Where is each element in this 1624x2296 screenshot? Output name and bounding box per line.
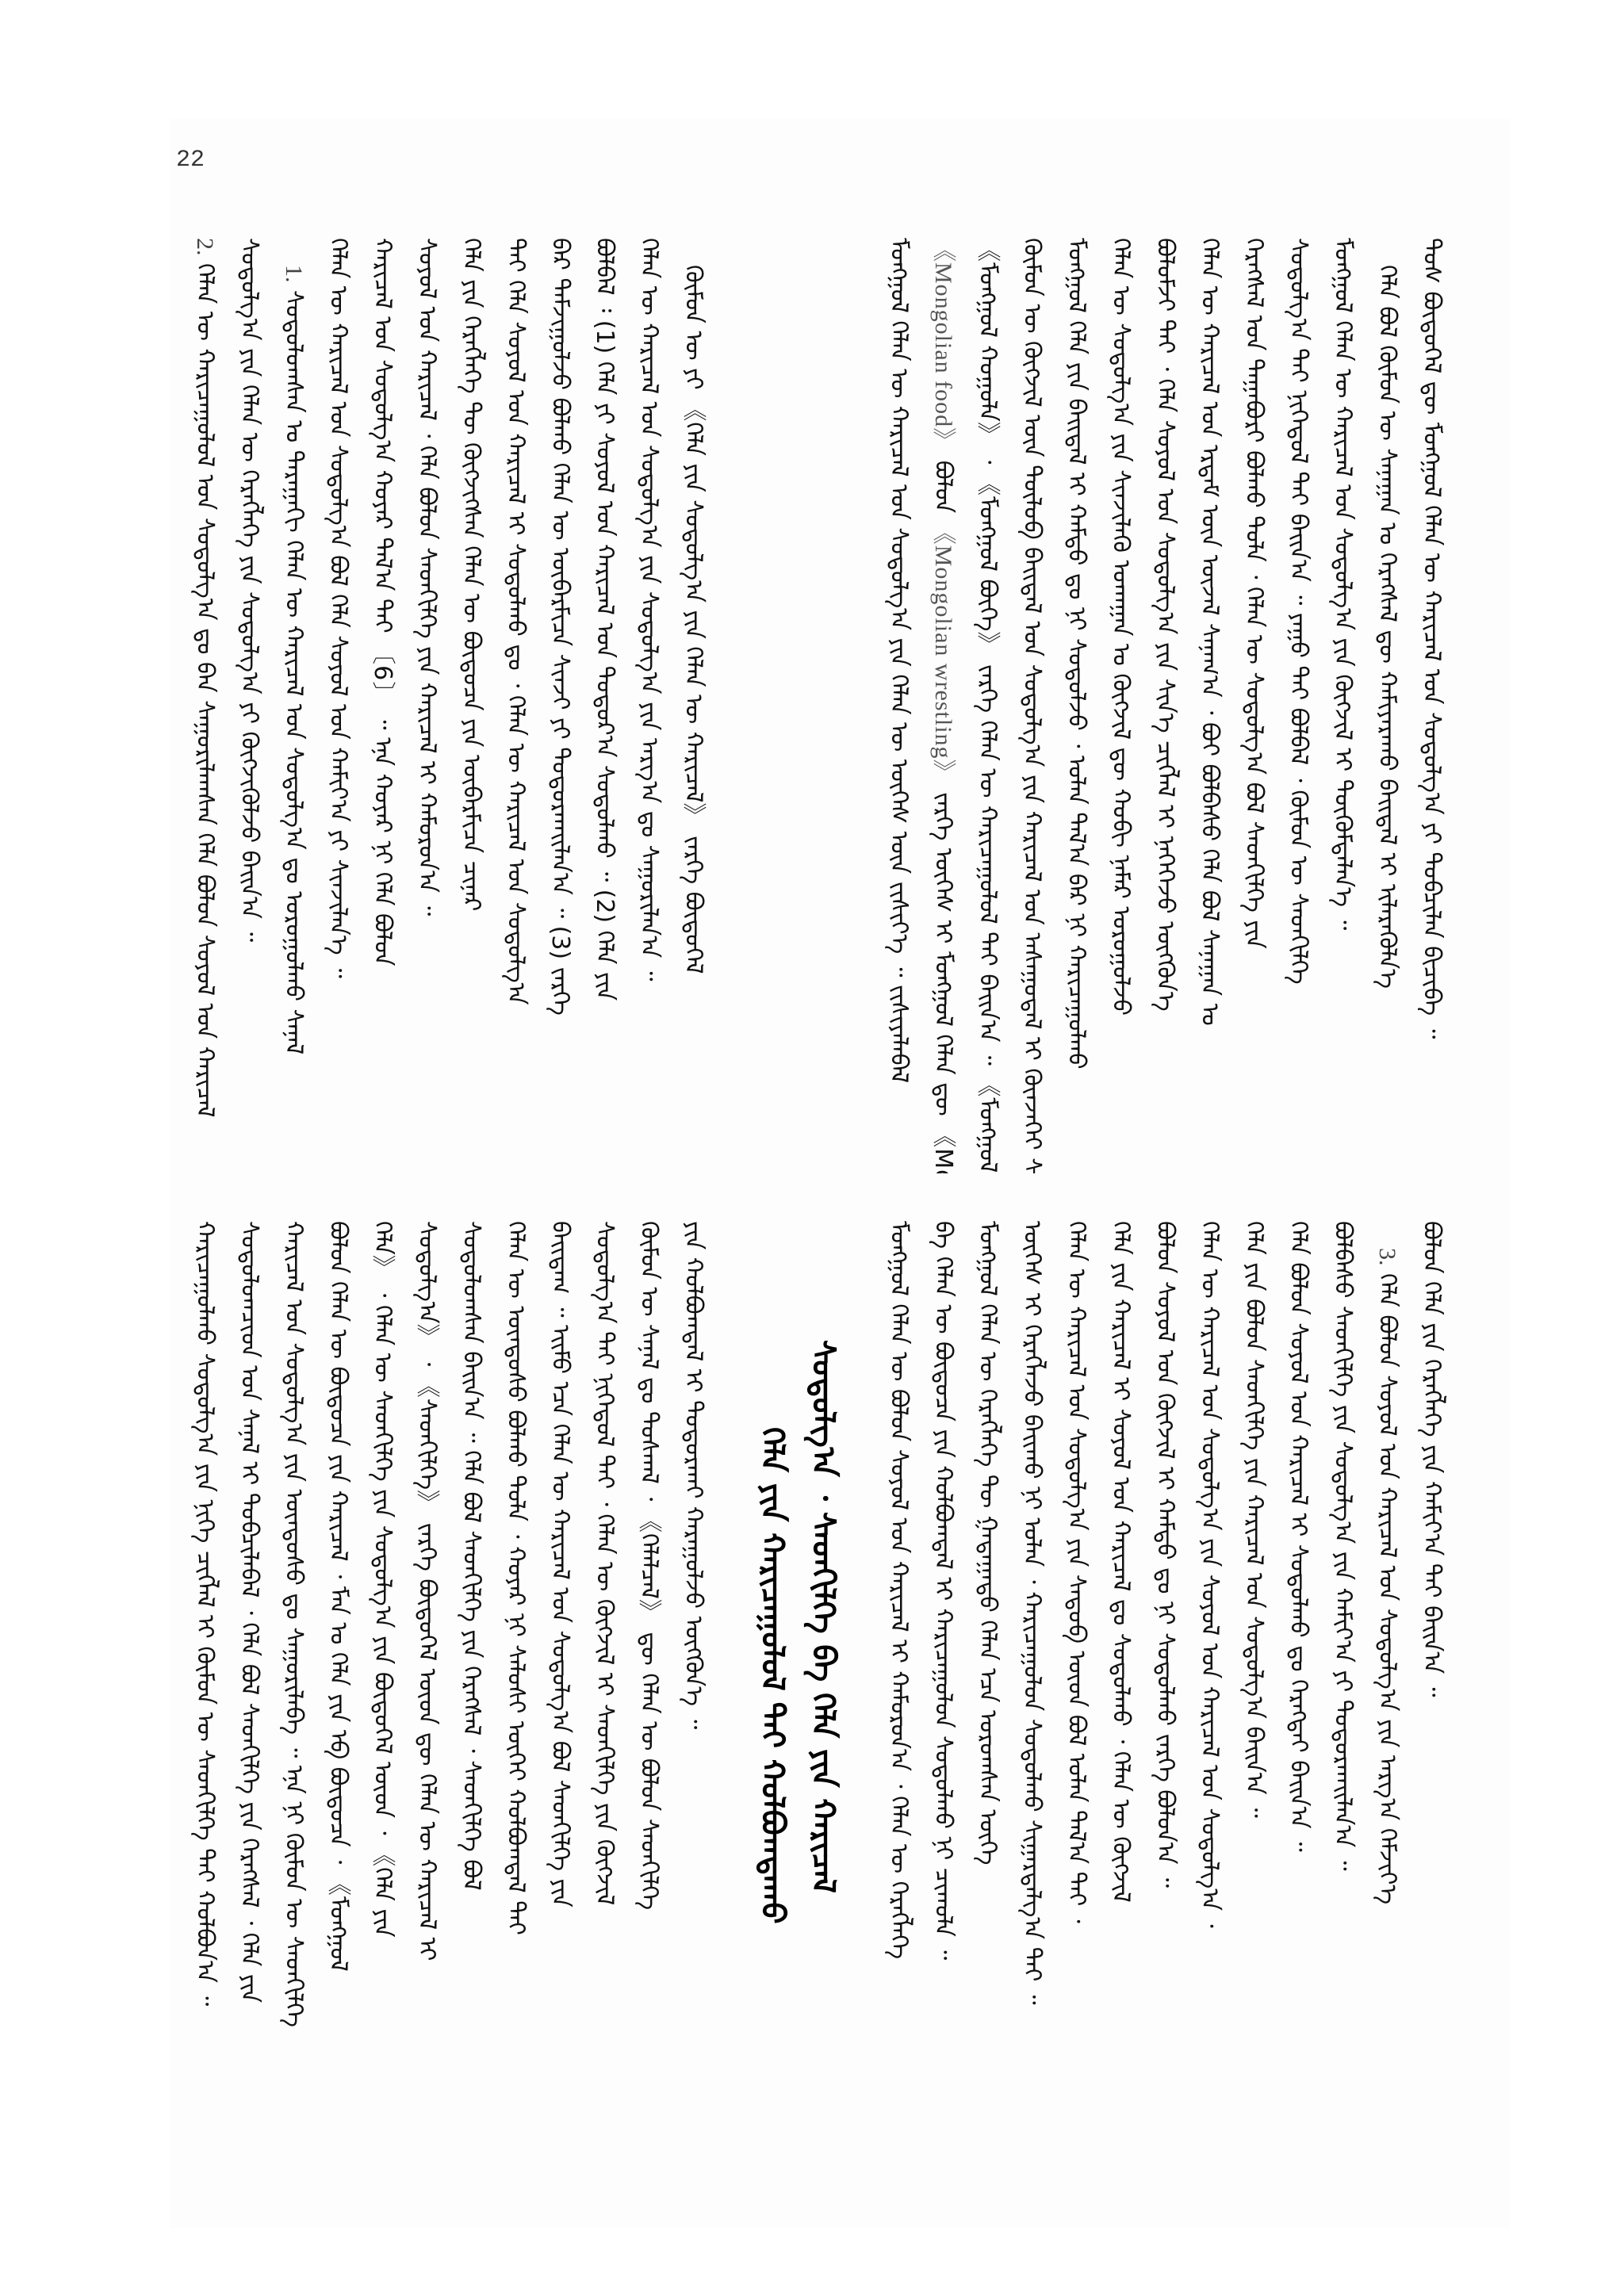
section-heading-line-1: ᠬᠡᠯᠡ ᠶᠢᠨ ᠬᠠᠷᠢᠴᠠᠭᠤᠯᠤᠯ ᠲᠠᠢ ᠬᠣᠯᠪᠣᠭᠳᠠᠬᠤ	[747, 1221, 798, 2156]
text-column: ᠬᠦᠮᠦᠨ ᠦ ᠶᠢ 《ᠬᠡᠯᠡ ᠶᠢᠨ ᠰᠤᠳᠤᠯᠭ᠎ᠠ ᠶᠢᠨ ᠬᠡᠯᠡᠨ …	[671, 238, 715, 1200]
text-column: ᠰᠤᠳᠤᠯᠤᠭᠰᠠᠨ ᠪᠠᠢᠨ᠎ᠠ ᠃ ᠬᠡᠯᠡ ᠪᠣᠯ ᠰᠡᠳᠬᠢᠯᠭᠡ ᠶᠢ…	[449, 1221, 493, 2156]
text-column: ᠪᠠ ᠬᠡᠯᠡᠨ ᠦ ᠪᠦᠲᠦᠴᠡ ᠶᠢᠨ ᠬᠣᠯᠪᠣᠭᠳᠠᠯ ᠢ ᠬᠠᠷᠢᠴᠠ…	[921, 1221, 965, 2156]
text-column: ᠪᠠᠢᠳᠠᠭ ᠃ ᠡᠢᠮᠦ ᠡᠴᠡ ᠬᠡᠯᠡᠨ ᠦ ᠬᠠᠷᠢᠴᠠᠯ ᠤᠨ ᠰᠤᠳ…	[538, 1221, 582, 2156]
item-number: 1.	[281, 265, 307, 283]
text-column: ᠬᠡᠯᠡᠨ ᠦ ᠬᠠᠷᠢᠴᠠᠯ ᠤᠨ ᠰᠤᠳᠤᠯᠭ᠎ᠠ ᠪᠣᠯ ᠬᠡᠯᠡ ᠰᠣᠶ…	[316, 238, 360, 1173]
text-column: ᠬᠡᠯᠡ ᠶᠢᠨ ᠬᠠᠷᠢᠴᠠᠯ ᠢ ᠰᠣᠶᠣᠯ ᠤᠨ ᠬᠠᠷᠢᠴᠠᠯ ᠳᠤ ᠰ…	[1098, 1221, 1143, 2156]
text-column: ᠬᠠᠷᠢᠴᠠᠯ ᠤᠨ ᠰᠤᠳᠤᠯᠭ᠎ᠠ ᠶᠢᠨ ᠦᠨᠳᠦᠰᠦ ᠳᠤ ᠰᠠᠭᠤᠷᠢ…	[271, 1221, 316, 2156]
text-column: ᠪᠣᠯᠪᠠᠯ ᠄ (1) ᠬᠡᠯᠡ ᠶᠢ ᠰᠣᠶᠣᠯ ᠤᠨ ᠬᠠᠷᠢᠴᠠᠯ ᠤᠨ…	[582, 238, 626, 1173]
text-column: ᠲᠡᠢ ᠬᠡᠯᠡ ᠰᠣᠶᠣᠯ ᠤᠨ ᠬᠠᠷᠢᠴᠠᠯ ᠢ ᠰᠤᠳᠤᠯᠬᠤ ᠳᠤ ᠂…	[493, 238, 538, 1173]
text-column: ᠪᠣᠯᠣᠨ ᠰᠣᠶᠣᠯ ᠤᠨ ᠬᠥᠭᠵᠢᠯ ᠢ ᠬᠠᠮᠲᠤ ᠳᠤ ᠨᠢ ᠰᠤᠳᠤ…	[1143, 1221, 1187, 2156]
list-item-3: 3. ᠬᠡᠯᠡ ᠪᠣᠯᠣᠨ ᠰᠣᠶᠣᠯ ᠤᠨ ᠬᠠᠷᠢᠴᠠᠯ ᠤᠨ ᠰᠤᠳᠤᠯᠭ…	[1365, 1221, 1409, 2183]
text-column: ᠬᠡᠯᠡ ᠶᠢᠨ ᠪᠣᠯᠣᠨ ᠰᠡᠳᠬᠢᠯᠭᠡ ᠶᠢᠨ ᠬᠠᠷᠢᠴᠠᠯ ᠤᠨ ᠰ…	[1231, 1221, 1276, 2156]
text-column: ᠪᠠᠷ ᠳᠠᠮᠵᠢᠭᠤᠯᠵᠤ ᠪᠣᠯᠬᠤ ᠬᠡᠯᠡᠨ ᠦ ᠥᠪᠡᠷᠮᠢᠴᠡ ᠰᠢ…	[538, 238, 582, 1173]
text-column: ᠮᠣᠩᠭᠣᠯ ᠬᠡᠯᠡᠨ ᠦ ᠬᠠᠷᠢᠴᠠᠯ ᠤᠨ ᠰᠤᠳᠤᠯᠭ᠎ᠠ ᠶᠢᠨ ᠬ…	[876, 238, 921, 1173]
section-number: 2.	[192, 238, 218, 256]
text-column: ᠬᠡᠯᠡ ᠶᠢᠨ ᠬᠡᠷᠡᠭᠯᠡᠭᠡ ᠲᠦ ᠬᠥᠭᠵᠢᠭᠰᠡᠨ ᠬᠡᠯᠡᠨ ᠦ …	[449, 238, 493, 1173]
text-column: ᠬᠡᠷᠡᠭᠰᠡᠯ ᠤᠨ ᠳᠠᠭᠠᠪᠤᠷᠢ ᠪᠣᠯᠬᠤ ᠲᠤᠯᠠ ᠂ ᠬᠡᠯᠡᠨ …	[1231, 238, 1276, 1173]
section-heading-line-2: ᠰᠤᠳᠤᠯᠭ᠎ᠠ ᠂ ᠰᠡᠳᠬᠢᠯᠭᠡ ᠪᠠ ᠬᠡᠯᠡ ᠶᠢᠨ ᠬᠠᠷᠢᠴᠠᠯ	[798, 1221, 848, 2156]
item-number: 3.	[1374, 1248, 1400, 1266]
text-column: ᠬᠡᠯᠡ ᠪᠣᠯᠣᠨ ᠰᠣᠶᠣᠯ ᠤᠨ ᠬᠠᠷᠢᠴᠠᠯ ᠢ ᠰᠤᠳᠤᠯᠬᠤ ᠳᠤ…	[1276, 1221, 1320, 2156]
top-right-text-block: ᠮᠣᠩᠭᠣᠯ ᠬᠡᠯᠡᠨ ᠦ ᠬᠠᠷᠢᠴᠠᠯ ᠤᠨ ᠰᠤᠳᠤᠯᠭ᠎ᠠ ᠶᠢᠨ ᠬ…	[876, 238, 1454, 1173]
top-left-text-block: 2. ᠬᠡᠯᠡᠨ ᠦ ᠬᠠᠷᠢᠴᠠᠭᠤᠯᠤᠯ ᠤᠨ ᠰᠤᠳᠤᠯᠭ᠎ᠠ ᠳᠤ ᠪᠠ…	[182, 238, 715, 1173]
text-column: 2. ᠬᠡᠯᠡᠨ ᠦ ᠬᠠᠷᠢᠴᠠᠭᠤᠯᠤᠯ ᠤᠨ ᠰᠤᠳᠤᠯᠭ᠎ᠠ ᠳᠤ ᠪᠠ…	[182, 238, 227, 1173]
text-column-latin: 《Mongolian food》 ᠪᠣᠯᠣᠨ 《Mongolian wrestl…	[921, 238, 965, 1173]
text-column: ᠮᠣᠩᠭᠣᠯ ᠬᠡᠯᠡᠨ ᠦ ᠬᠡᠷᠡᠭᠯᠡᠭᠡ ᠲᠦ ᠭᠠᠳᠠᠭᠠᠳᠤ ᠬᠡᠯ…	[965, 1221, 1009, 2156]
text-column: ᠰᠤᠳᠤᠯᠭ᠎ᠠ ᠲᠠᠢ ᠨᠢᠭᠡᠳᠦᠯ ᠲᠠᠢ ᠪᠠᠢᠨ᠎ᠠ ᠃ ᠶᠠᠭᠤ ᠲ…	[1276, 238, 1320, 1173]
text-column: ᠰᠤᠳᠤᠯᠭ᠎ᠠ》 ᠂ 《ᠰᠡᠳᠬᠢᠯᠭᠡ》 ᠵᠡᠷᠭᠡ ᠪᠦᠲᠦᠭᠡᠯ ᠦᠳ …	[404, 1221, 449, 2156]
text-column: ᠬᠦᠮᠦᠨ ᠦ ᠰᠠᠨᠠᠯ ᠳᠤ ᠲᠤᠰᠬᠠᠯ ᠂ 《ᠬᠡᠯᠡᠯᠴᠡᠯ》 ᠳᠦ …	[626, 1221, 671, 2156]
text-column: ᠮᠣᠩᠭᠣᠯ ᠬᠡᠯᠡᠨ ᠦ ᠪᠣᠯᠣᠨ ᠰᠣᠶᠣᠯ ᠤᠨ ᠬᠠᠷᠢᠴᠠᠯ ᠢ …	[876, 1221, 921, 2156]
text-column: ᠬᠡᠯᠡᠨ ᠦ ᠦᠨᠳᠦᠰᠦ ᠪᠣᠯᠬᠤ ᠲᠤᠯᠠ ᠂ ᠬᠤᠶᠠᠷ ᠨᠢ ᠰᠠᠯ…	[493, 1221, 538, 2156]
text-column: ᠬᠡᠯᠡᠨ ᠦ ᠬᠠᠷᠢᠴᠠᠯ ᠤᠨ ᠡᠷᠲᠡᠮ ᠦᠨ ᠦᠵᠡᠯ ᠰᠠᠨᠠᠭ᠎ᠠ…	[1187, 238, 1231, 1173]
text-column: 《ᠮᠣᠩᠭᠣᠯ ᠬᠣᠭᠣᠯᠠ》 ᠂ 《ᠮᠣᠩᠭᠣᠯ ᠪᠥᠬᠡ》 ᠵᠡᠷᠭᠡ ᠬᠡ…	[965, 238, 1009, 1173]
text-column: ᠬᠡᠯᠡᠨ ᠦ ᠬᠠᠷᠢᠴᠠᠯ ᠤᠨ ᠰᠤᠳᠤᠯᠭ᠎ᠠ ᠶᠢᠨ ᠰᠣᠶᠣᠯ ᠤᠨ…	[1187, 1221, 1231, 2156]
text-column: ᠬᠡᠯᠡ ᠪᠣᠯ ᠬᠦᠮᠦᠨ ᠦ ᠰᠠᠨᠠᠭᠠᠨ ᠤ ᠬᠡᠷᠡᠭᠰᠡᠯ ᠳᠦ ᠬ…	[1365, 238, 1409, 1200]
text-column: ᠬᠡᠯᠡᠨ ᠦ ᠰᠤᠳᠤᠯᠭ᠎ᠠ ᠶᠢᠨ ᠰᠢᠨᠵᠢᠯᠡᠬᠦ ᠤᠬᠠᠭᠠᠨ ᠤ …	[1098, 238, 1143, 1173]
text-column: ᠬᠠᠷᠢᠴᠠᠭᠤᠯᠬᠤ ᠰᠤᠳᠤᠯᠭ᠎ᠠ ᠶᠢᠨ ᠨᠢᠭᠡ ᠴᠢᠭᠯᠡᠯ ᠢ ᠬ…	[182, 1221, 227, 2156]
text-column: ᠰᠤᠳᠤᠯᠤᠭᠴᠢᠳ ᠤᠨ ᠰᠠᠨᠠᠯ ᠢ ᠲᠣᠪᠴᠢᠯᠠᠪᠠᠯ ᠂ ᠬᠡᠯᠡ …	[227, 1221, 271, 2156]
text-column: ᠬᠦᠮᠦᠨ ᠦ ᠬᠥᠭᠵᠢᠯ ᠦᠨ ᠲᠥᠯᠥᠪ ᠪᠠᠢᠳᠠᠯ ᠤᠨ ᠰᠤᠳᠤᠯᠭ…	[1009, 238, 1054, 1173]
text-column: ᠶᠢᠨ ᠬᠣᠯᠪᠣᠭᠳᠠᠯ ᠢ ᠲᠣᠳᠤᠷᠬᠠᠢ ᠬᠠᠷᠠᠭᠤᠯᠵᠤ ᠥᠭᠭᠦᠨ…	[671, 1221, 715, 2156]
text-column: ᠮᠣᠩᠭᠣᠯ ᠬᠡᠯᠡ ᠶᠢᠨ ᠪᠠᠢᠳᠠᠯ ᠢ ᠬᠠᠮᠲᠤ ᠳᠤ ᠨᠢ ᠰᠤᠳ…	[1054, 238, 1098, 1173]
text-column: ᠰᠤᠳᠤᠯᠭ᠎ᠠ ᠲᠠᠢ ᠨᠢᠭᠡᠳᠦᠯ ᠲᠠᠢ ᠂ ᠬᠡᠯᠡᠨ ᠦ ᠬᠥᠭᠵᠢ…	[582, 1221, 626, 2156]
text-column: ᠬᠡᠯᠡᠨ ᠦ ᠬᠠᠷᠢᠴᠠᠯ ᠤᠨ ᠰᠤᠳᠤᠯᠭ᠎ᠠ ᠶᠢᠨ ᠰᠤᠳᠤᠯᠭ᠎ᠠ…	[626, 238, 671, 1173]
text-column: ᠪᠣᠯᠣᠨ ᠬᠡᠯᠡ ᠶᠢᠨ ᠬᠡᠷᠡᠭᠯᠡᠭᠡ ᠶᠢᠨ ᠬᠠᠮᠢᠶ᠎ᠠ ᠲᠠᠢ…	[1409, 1221, 1454, 2156]
latin-term-food: 《Mongolian food》	[930, 238, 956, 452]
text-column: ᠦᠭᠡᠰ ᠢ ᠬᠡᠷᠡᠭᠯᠡᠵᠦ ᠪᠠᠢᠬᠤ ᠨᠢ ᠣᠯᠠᠨ ᠂ ᠬᠠᠷᠢᠴᠠᠭ…	[1009, 1221, 1054, 2156]
text-column: ᠮᠣᠩᠭᠣᠯ ᠬᠡᠯᠡᠨ ᠦ ᠬᠠᠷᠢᠴᠠᠯ ᠤᠨ ᠰᠤᠳᠤᠯᠭ᠎ᠠ ᠶᠢᠨ ᠬ…	[1320, 238, 1365, 1173]
text-column: ᠬᠡᠯᠡ》 ᠂ ᠬᠡᠯᠡᠨ ᠦ ᠰᠡᠳᠬᠢᠯᠭᠡ ᠶᠢᠨ ᠰᠤᠳᠤᠯᠭ᠎ᠠ ᠶᠢ…	[360, 1221, 404, 2156]
text-column: ᠪᠣᠯᠪᠠᠰᠤ ᠰᠡᠳᠬᠢᠯᠭᠡ ᠶᠢᠨ ᠰᠤᠳᠤᠯᠭ᠎ᠠ ᠶᠢᠨ ᠬᠠᠮᠢᠶ᠎…	[1320, 1221, 1365, 2156]
text-column: ᠬᠠᠷᠢᠴᠠᠯ ᠤᠨ ᠰᠤᠳᠤᠯᠭ᠎ᠠ ᠬᠣᠶᠠᠷ ᠲᠠᠯ᠎ᠠ ᠲᠠᠢ 〔6〕 …	[360, 238, 404, 1173]
text-column: ᠰᠤᠳᠤᠯᠭ᠎ᠠ ᠶᠢᠨ ᠬᠡᠯᠡᠨ ᠦ ᠬᠡᠷᠡᠭᠯᠡᠭᠡ ᠶᠢᠨ ᠰᠤᠳᠤᠯ…	[227, 238, 271, 1173]
page-number: 22	[176, 147, 205, 174]
text-column: ᠪᠣᠯᠣᠮᠵᠢ ᠲᠠᠢ ᠂ ᠬᠡᠯᠡ ᠰᠣᠶᠣᠯ ᠤᠨ ᠰᠤᠳᠤᠯᠭ᠎ᠠ ᠶᠢᠨ…	[1143, 238, 1187, 1173]
text-column: ᠰᠣᠶᠣᠯ ᠤᠨ ᠬᠠᠷᠢᠴᠠᠯ ᠂ ᠬᠡᠯᠡ ᠪᠣᠯᠣᠨ ᠰᠡᠳᠬᠢᠯᠭᠡ ᠶ…	[404, 238, 449, 1173]
text-column: ᠬᠡᠯᠡᠨ ᠦ ᠬᠠᠷᠢᠴᠠᠯ ᠤᠨ ᠰᠤᠳᠤᠯᠭ᠎ᠠ ᠶᠢᠨ ᠰᠡᠳᠦᠪ ᠦᠳ…	[1054, 1221, 1098, 2156]
bottom-left-text-block: ᠬᠠᠷᠢᠴᠠᠭᠤᠯᠬᠤ ᠰᠤᠳᠤᠯᠭ᠎ᠠ ᠶᠢᠨ ᠨᠢᠭᠡ ᠴᠢᠭᠯᠡᠯ ᠢ ᠬ…	[182, 1221, 848, 2156]
list-item-1: 1. ᠰᠤᠳᠤᠯᠤᠭᠰᠠᠨ ᠤ ᠳᠠᠷᠠᠭᠠᠬᠢ ᠬᠡᠯᠡᠨ ᠦ ᠬᠠᠷᠢᠴᠠᠯ…	[271, 238, 316, 1200]
latin-term-wrestling: 《Mongolian wrestling》	[930, 521, 956, 784]
bottom-right-text-block: ᠮᠣᠩᠭᠣᠯ ᠬᠡᠯᠡᠨ ᠦ ᠪᠣᠯᠣᠨ ᠰᠣᠶᠣᠯ ᠤᠨ ᠬᠠᠷᠢᠴᠠᠯ ᠢ …	[876, 1221, 1454, 2156]
text-column: ᠪᠣᠯᠣᠨ ᠬᠡᠯᠡᠨ ᠦ ᠪᠦᠲᠦᠴᠡ ᠶᠢᠨ ᠬᠠᠷᠢᠴᠠᠯ ᠂ ᠮᠠᠨ ᠤ…	[316, 1221, 360, 2156]
text-column: ᠲᠤᠰ ᠪᠦᠲᠦᠭᠡᠯ ᠳᠦ ᠮᠣᠩᠭᠣᠯ ᠬᠡᠯᠡᠨ ᠦ ᠬᠠᠷᠢᠴᠠᠯ ᠤᠨ…	[1409, 238, 1454, 1173]
